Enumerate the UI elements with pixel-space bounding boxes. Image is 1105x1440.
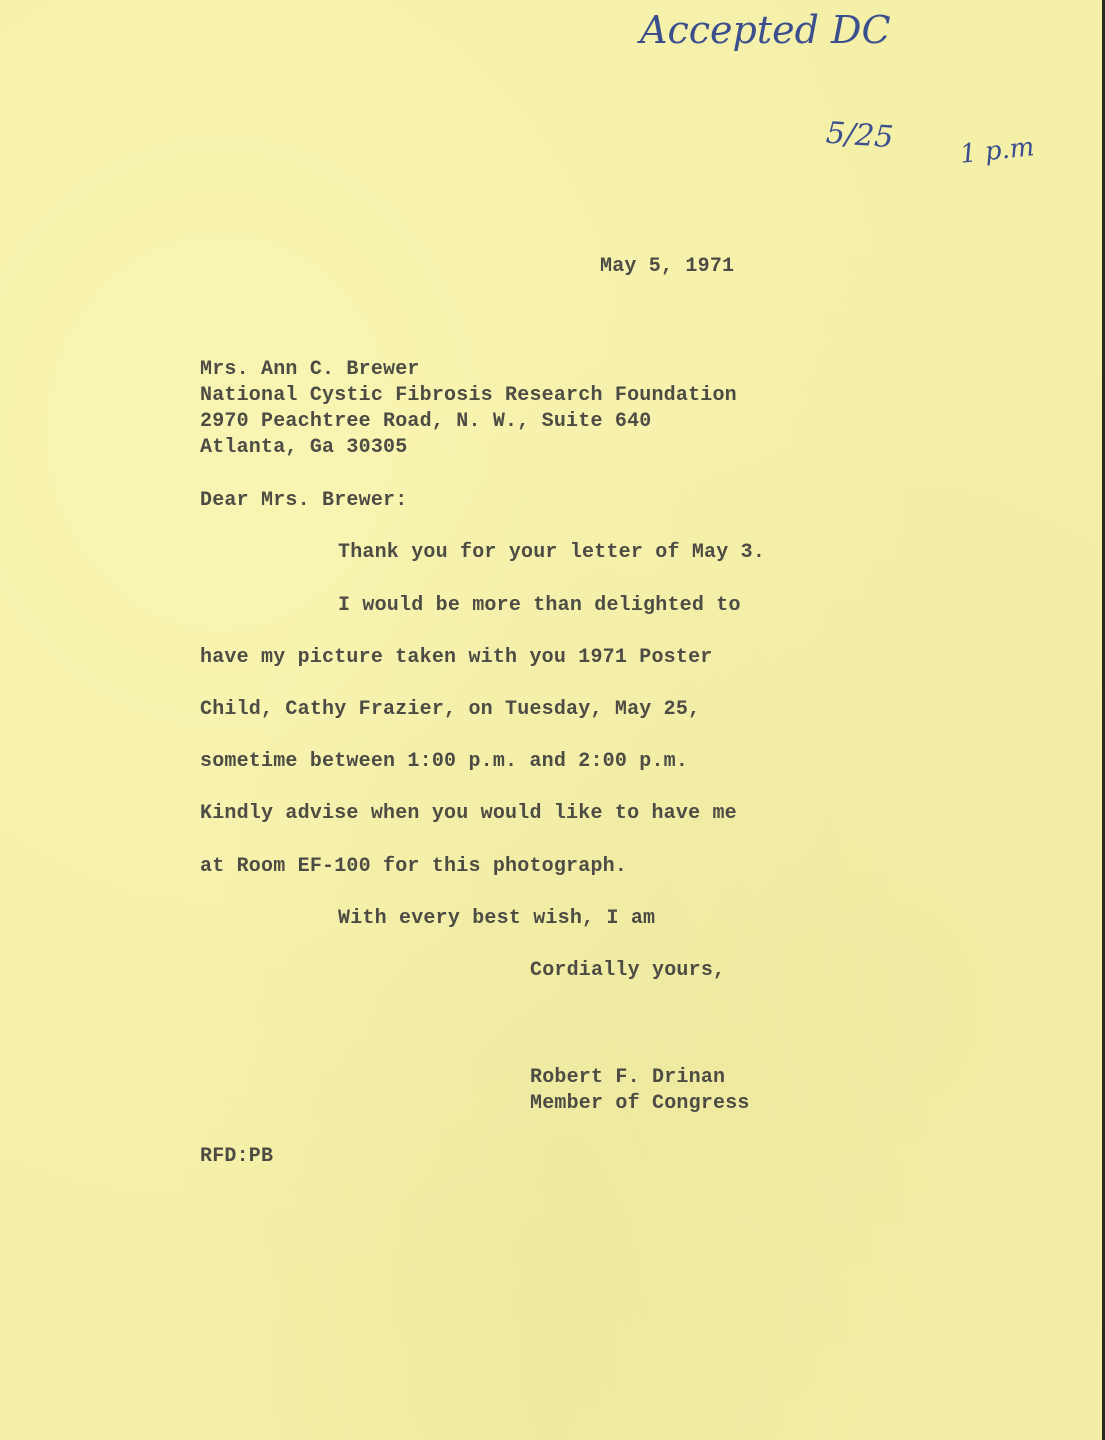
signer-name: Robert F. Drinan — [530, 1066, 725, 1089]
signer-title: Member of Congress — [530, 1092, 750, 1115]
recipient-street: 2970 Peachtree Road, N. W., Suite 640 — [200, 410, 651, 433]
body-line: have my picture taken with you 1971 Post… — [200, 646, 712, 669]
body-line: I would be more than delighted to — [338, 594, 741, 617]
body-line: Child, Cathy Frazier, on Tuesday, May 25… — [200, 698, 700, 721]
letter-date: May 5, 1971 — [600, 255, 734, 278]
salutation: Dear Mrs. Brewer: — [200, 489, 407, 512]
complimentary-close: Cordially yours, — [530, 959, 725, 982]
body-line: Kindly advise when you would like to hav… — [200, 802, 737, 825]
body-line: Thank you for your letter of May 3. — [338, 541, 765, 564]
handwritten-time-note: 1 p.m — [959, 132, 1036, 170]
recipient-name: Mrs. Ann C. Brewer — [200, 358, 420, 381]
reference-initials: RFD:PB — [200, 1145, 273, 1168]
body-line: sometime between 1:00 p.m. and 2:00 p.m. — [200, 750, 688, 773]
recipient-city: Atlanta, Ga 30305 — [200, 436, 407, 459]
handwritten-accepted-note: Accepted DC — [640, 8, 891, 52]
handwritten-date-note: 5/25 — [825, 116, 895, 156]
body-line: at Room EF-100 for this photograph. — [200, 855, 627, 878]
closing-line: With every best wish, I am — [338, 907, 655, 930]
recipient-organization: National Cystic Fibrosis Research Founda… — [200, 384, 737, 407]
